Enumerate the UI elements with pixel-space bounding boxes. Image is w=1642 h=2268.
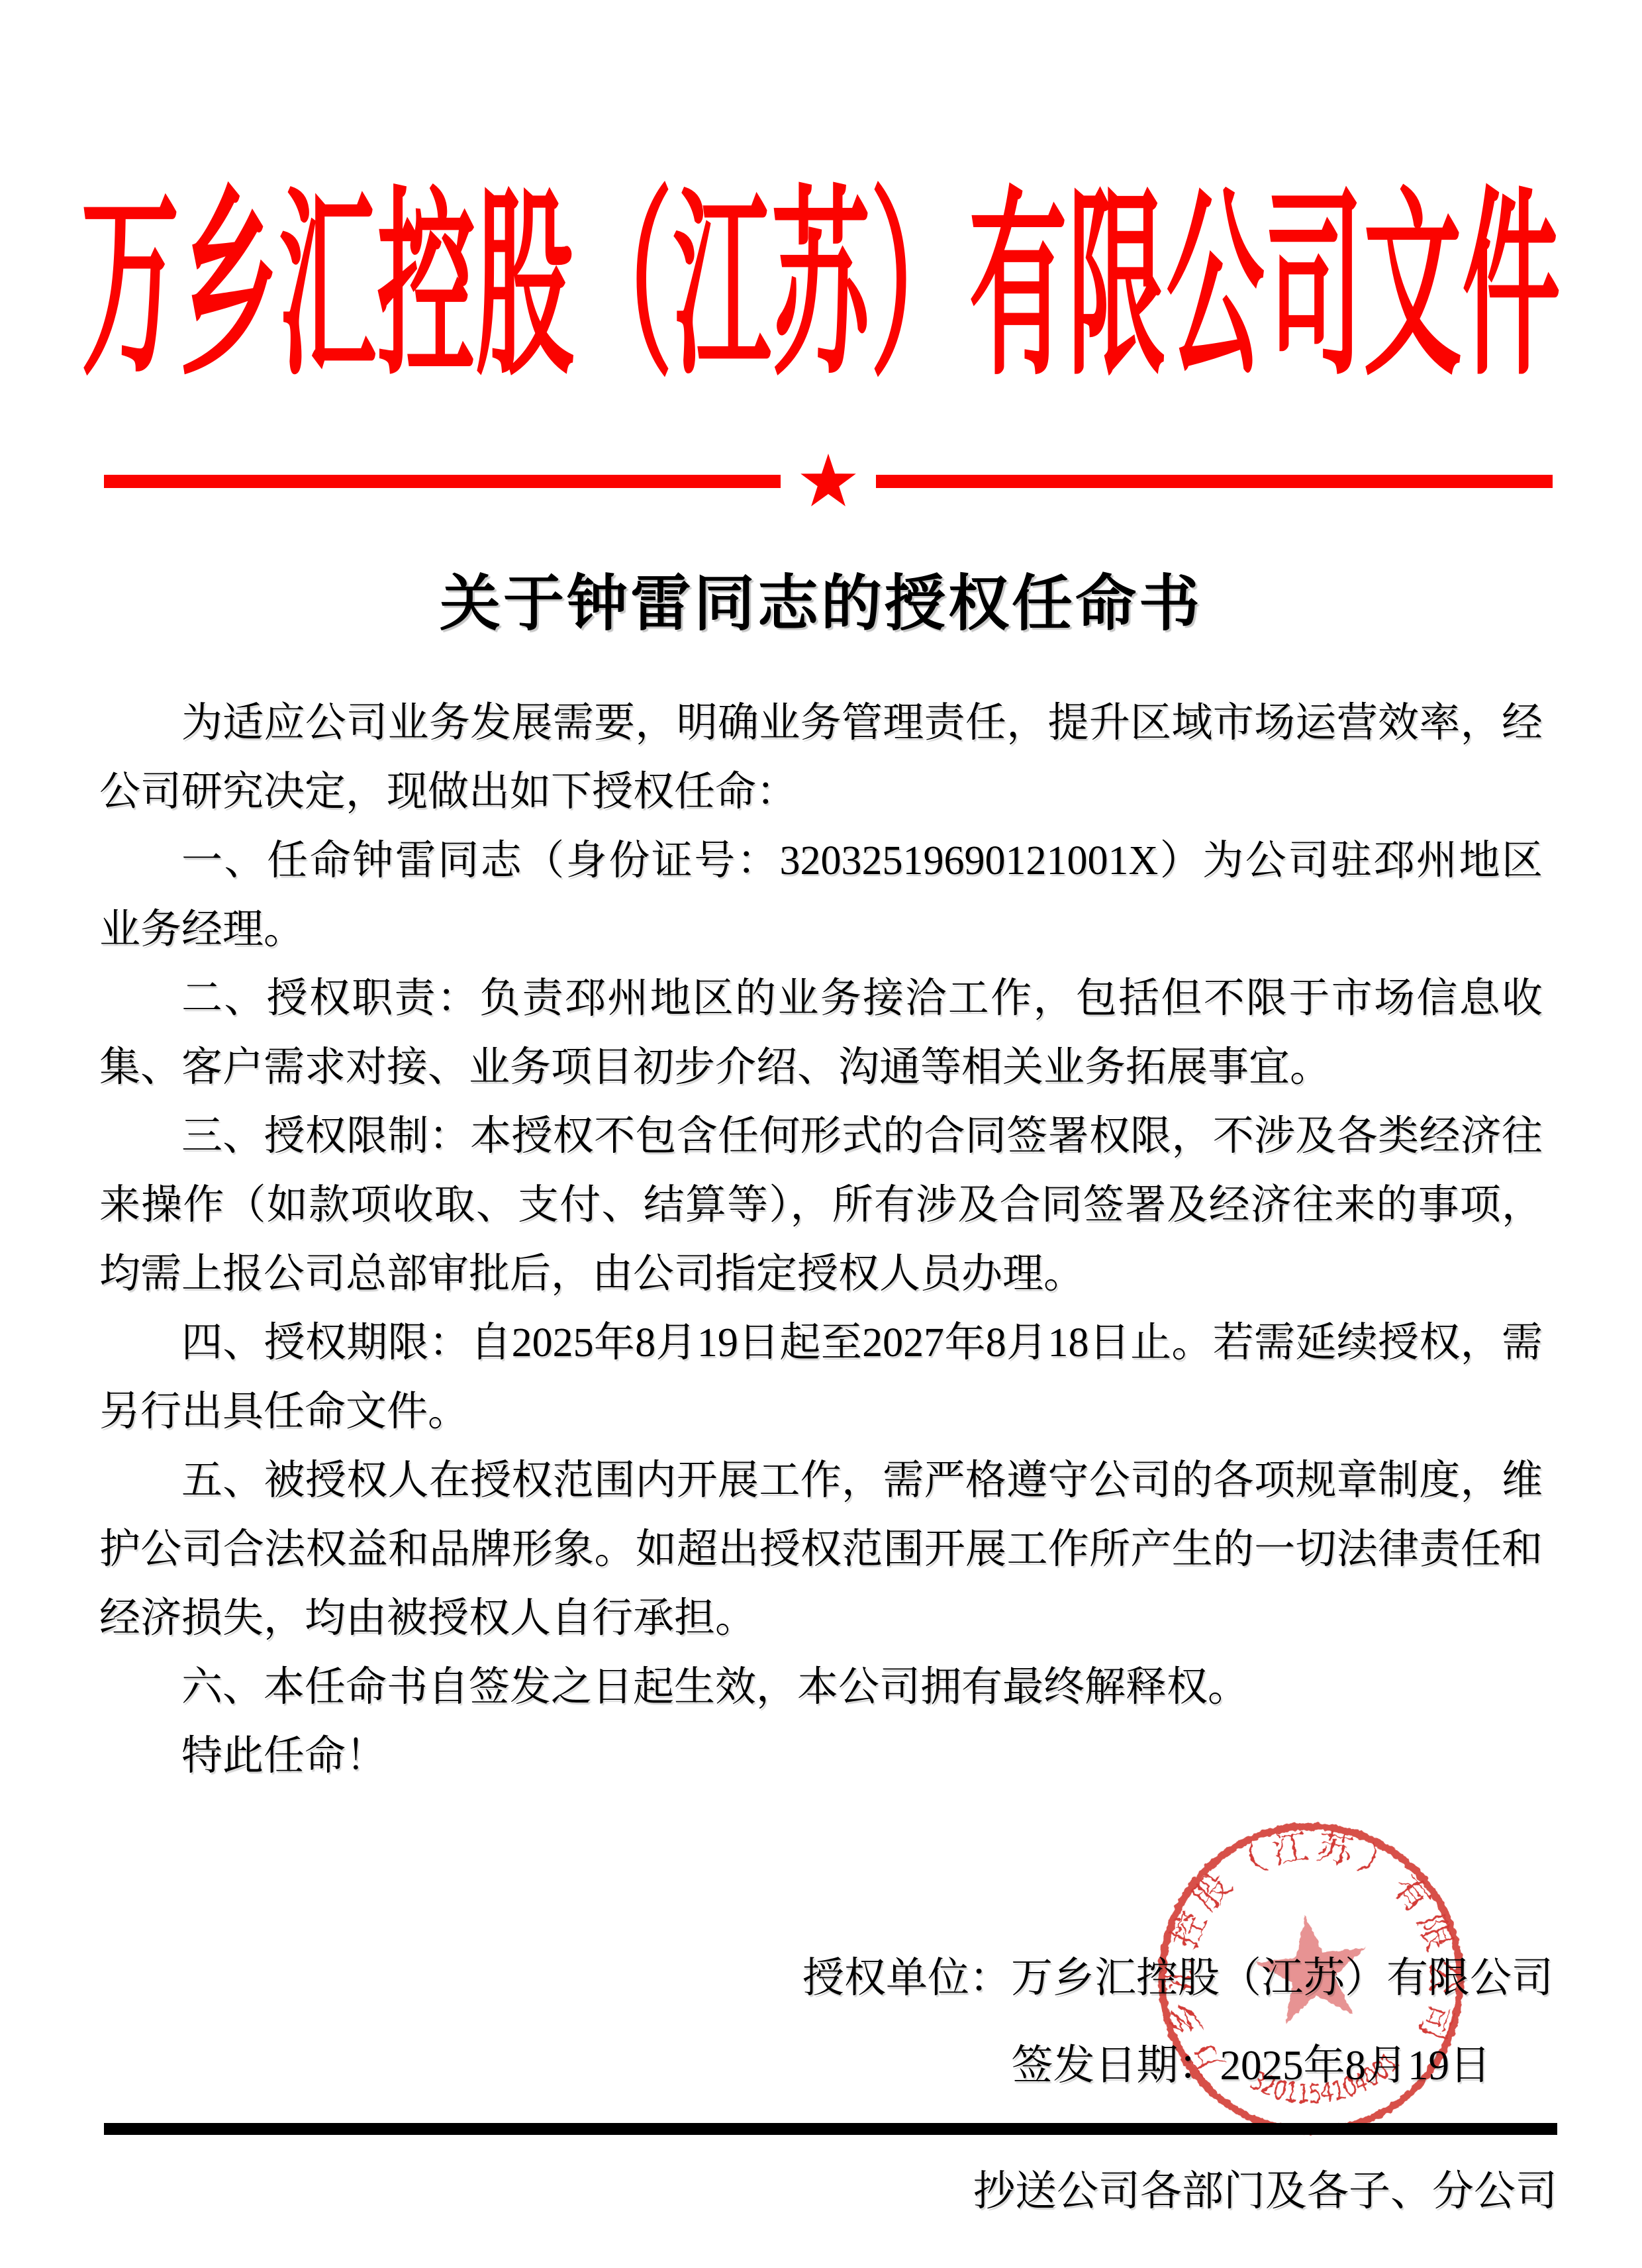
document-page: 万乡汇控股（江苏）有限公司文件 关于钟雷同志的授权任命书 为适应公司业务发展需要… <box>0 0 1642 2268</box>
letterhead-title: 万乡汇控股（江苏）有限公司文件 <box>0 126 1642 414</box>
paragraph-intro: 为适应公司业务发展需要，明确业务管理责任，提升区域市场运营效率，经公司研究决定，… <box>99 689 1543 826</box>
document-body: 为适应公司业务发展需要，明确业务管理责任，提升区域市场运营效率，经公司研究决定，… <box>99 689 1543 1791</box>
paragraph-item-5: 五、被授权人在授权范围内开展工作，需严格遵守公司的各项规章制度，维护公司合法权益… <box>99 1446 1543 1653</box>
document-title: 关于钟雷同志的授权任命书 <box>0 555 1642 642</box>
divider-bar-right <box>876 475 1553 488</box>
paragraph-item-2: 二、授权职责：负责邳州地区的业务接洽工作，包括但不限于市场信息收集、客户需求对接… <box>99 964 1543 1102</box>
paragraph-item-6: 六、本任命书自签发之日起生效，本公司拥有最终解释权。 <box>99 1653 1543 1722</box>
paragraph-item-1: 一、任命钟雷同志（身份证号：32032519690121001X）为公司驻邳州地… <box>99 826 1543 964</box>
star-icon <box>798 451 859 512</box>
paragraph-closing: 特此任命！ <box>99 1722 1543 1791</box>
cc-line: 抄送公司各部门及各子、分公司 <box>0 2157 1557 2218</box>
paragraph-item-3: 三、授权限制：本授权不包含任何形式的合同签署权限，不涉及各类经济往来操作（如款项… <box>99 1102 1543 1308</box>
authorizing-unit-line: 授权单位：万乡汇控股（江苏）有限公司 <box>0 1944 1553 2004</box>
issue-date-line: 签发日期：2025年8月19日 <box>0 2032 1491 2092</box>
divider-bar-left <box>104 475 781 488</box>
footer-rule <box>104 2123 1557 2135</box>
paragraph-item-4: 四、授权期限：自2025年8月19日起至2027年8月18日止。若需延续授权，需… <box>99 1308 1543 1446</box>
red-divider <box>104 451 1553 512</box>
